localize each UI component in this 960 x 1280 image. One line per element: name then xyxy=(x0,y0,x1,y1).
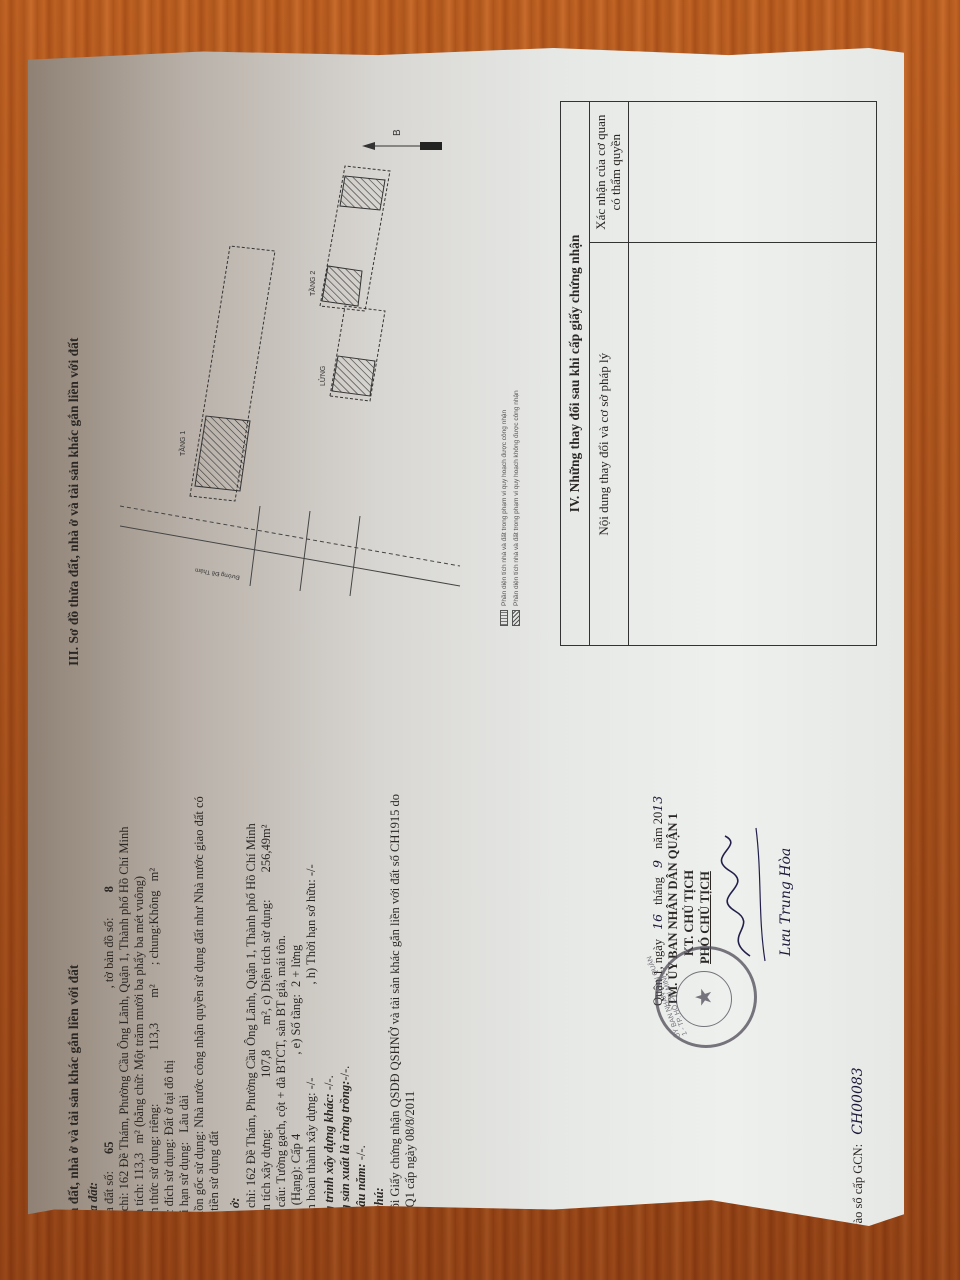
signature-scribble xyxy=(710,826,770,966)
house-heading: 2. Nhà ở: xyxy=(228,1197,243,1246)
registry-number: Số vào sổ cấp GCN: CH00083 xyxy=(850,1067,866,1246)
parcel-number: 65 xyxy=(102,1141,116,1154)
svg-text:LỬNG: LỬNG xyxy=(318,366,327,386)
section-iii-iv: III. Sơ đồ thửa đất, nhà ở và tài sản kh… xyxy=(60,106,920,666)
dotted-swatch-icon xyxy=(500,610,508,626)
svg-text:B: B xyxy=(392,129,403,136)
forest-line: 4. Rừng sản xuất là rừng trồng:-/-. xyxy=(338,1066,353,1246)
changes-column-header: Nội dung thay đổi và cơ sở pháp lý xyxy=(590,243,629,646)
build-area-line: b) Diện tích xây dựng: 107,8 m², c) Diện… xyxy=(259,825,274,1242)
legend-recognized: Phần diện tích nhà và đất trong phạm vi … xyxy=(500,410,508,626)
land-heading: 1. Thửa đất: xyxy=(86,1182,101,1246)
star-icon: ★ xyxy=(691,987,717,1007)
section-iii-title: III. Sơ đồ thửa đất, nhà ở và tài sản kh… xyxy=(66,338,82,666)
parcel-diagram: B TẦNG 1 LỬNG TẦNG 2 Đường Đề Thám xyxy=(100,126,470,646)
hatched-swatch-icon xyxy=(512,610,520,626)
origin-line: g) Nguồn gốc sử dụng: Nhà nước công nhận… xyxy=(192,796,207,1246)
land-address-line: b) Địa chỉ: 162 Đề Thám, Phường Cầu Ông … xyxy=(117,827,132,1247)
certificate-paper: II. Thửa đất, nhà ở và tài sản khác gắn … xyxy=(28,48,904,1226)
svg-text:TẦNG 2: TẦNG 2 xyxy=(307,271,317,296)
kt-line: KT. CHỦ TỊCH xyxy=(682,870,697,956)
notes-line-1: - Thu hồi Giấy chứng nhận QSDĐ QSHNỞ và … xyxy=(388,794,403,1246)
legend-not-recognized: Phần diện tích nhà và đất trong phạm vi … xyxy=(512,390,520,626)
purpose-line: đ) Mục đích sử dụng: Đất ở tại đô thị xyxy=(162,1060,177,1246)
signer-name: Lưu Trung Hòa xyxy=(778,848,794,956)
authority-column-header: Xác nhận của cơ quancó thẩm quyền xyxy=(590,102,629,243)
house-address-line: a) Địa chỉ: 162 Đề Thám, Phường Cầu Ông … xyxy=(244,823,259,1242)
section-ii-title: II. Thửa đất, nhà ở và tài sản khác gắn … xyxy=(66,965,82,1256)
structure-line: d) Kết cấu: Tường gạch, cột + đà BTCT, s… xyxy=(274,935,289,1242)
origin-cont-line: thu tiền sử dụng đất xyxy=(207,1131,222,1230)
term-line: e) Thời hạn sử dụng: Lâu dài xyxy=(177,1095,192,1246)
parcel-line: a) Thửa đất số: 65 , tờ bản đồ số: 8 xyxy=(102,886,117,1246)
certificate-page: II. Thửa đất, nhà ở và tài sản khác gắn … xyxy=(60,106,920,1266)
svg-text:TẦNG 1: TẦNG 1 xyxy=(177,431,187,456)
changes-table: IV. Những thay đổi sau khi cấp giấy chứn… xyxy=(560,101,877,646)
other-works-line: 3. Công trình xây dựng khác: -/-. xyxy=(322,1075,337,1246)
changes-cell xyxy=(628,243,876,646)
authority-cell xyxy=(628,102,876,243)
section-ii: II. Thửa đất, nhà ở và tài sản khác gắn … xyxy=(60,696,920,1256)
year-line: g) Năm hoàn thành xây dựng: -/- , h) Thờ… xyxy=(304,864,319,1242)
grade-line: đ) Cấp (Hạng): Cấp 4 , e) Số tầng: 2 + l… xyxy=(289,945,304,1242)
perennial-line: 5. Cây lâu năm: -/-. xyxy=(354,1145,369,1246)
section-iv-title: IV. Những thay đổi sau khi cấp giấy chứn… xyxy=(561,102,590,646)
use-form-line: d) Hình thức sử dụng: riêng: 113,3 m² ; … xyxy=(147,868,162,1246)
map-sheet-number: 8 xyxy=(102,886,116,892)
notes-heading: 6. Ghi chú: xyxy=(372,1187,387,1246)
notes-line-2: UBND Q1 cấp ngày 08/8/2011 xyxy=(403,1091,418,1246)
svg-text:Đường Đề Thám: Đường Đề Thám xyxy=(195,566,241,580)
street-line xyxy=(120,526,460,586)
land-area-line: c) Diện tích: 113,3 m² (bằng chữ: Một tr… xyxy=(132,876,147,1246)
